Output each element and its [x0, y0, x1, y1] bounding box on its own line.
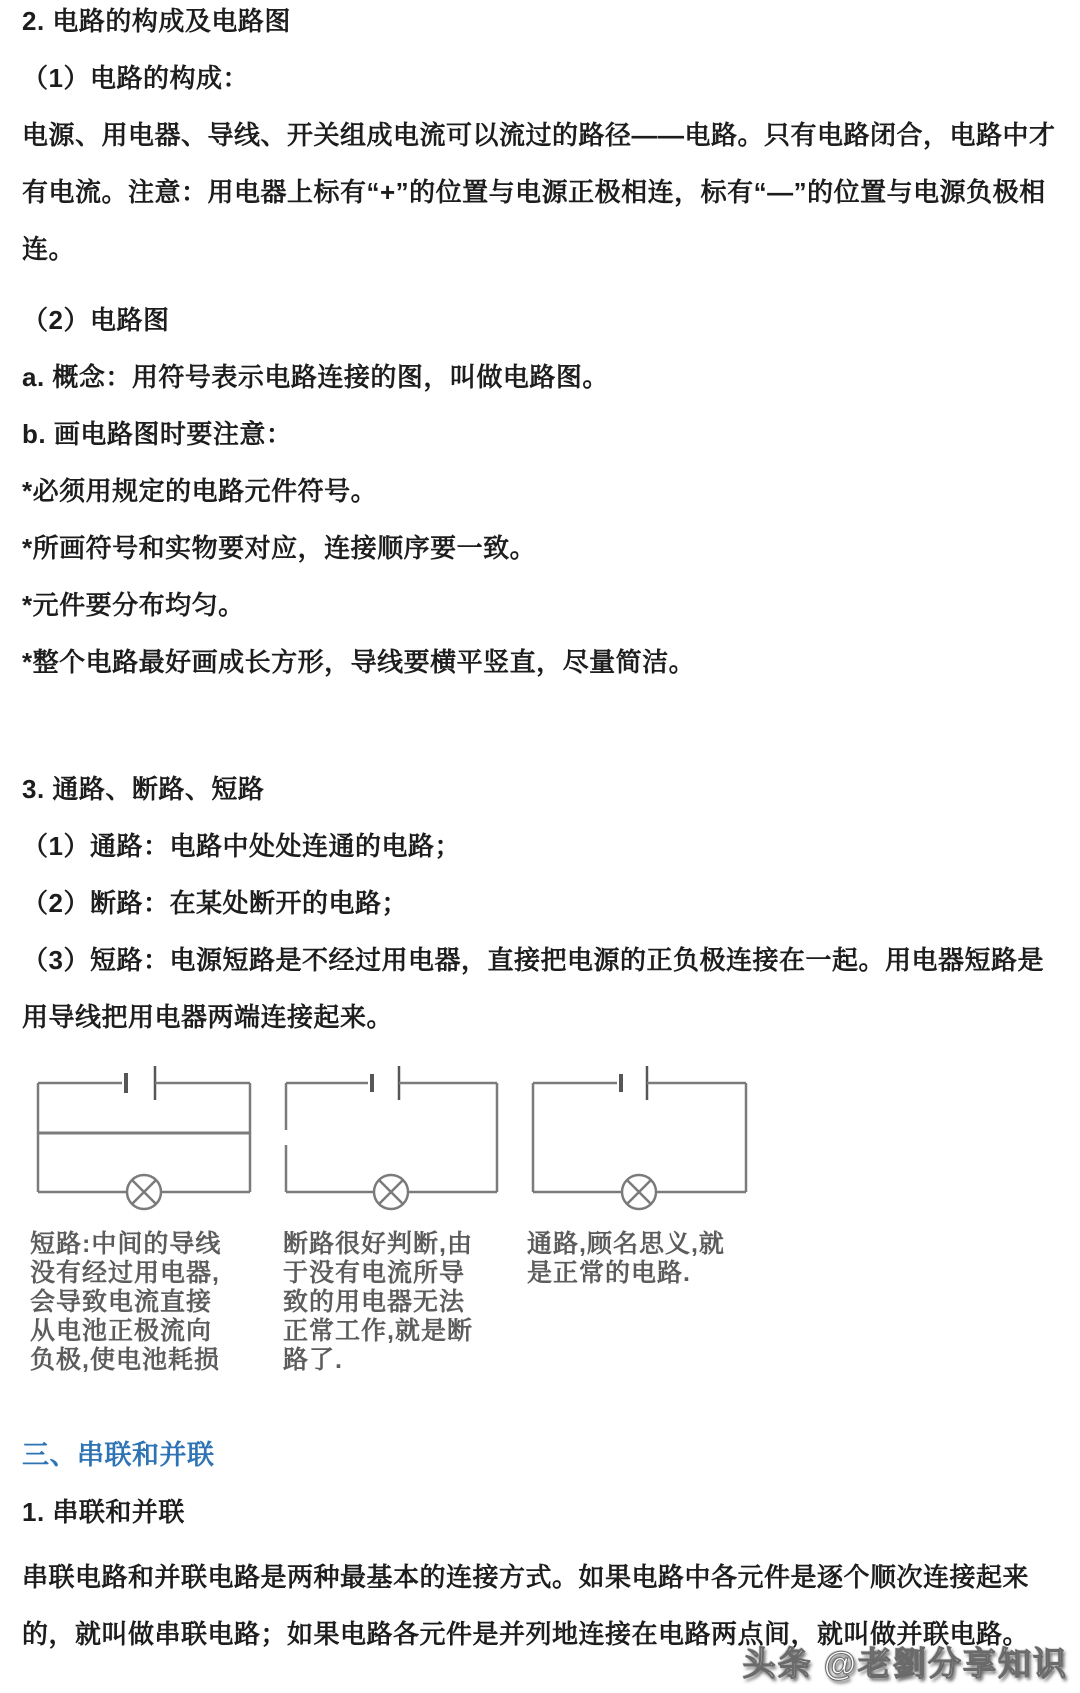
sec2-note-item: *整个电路最好画成长方形，导线要横平竖直，尽量简洁。: [22, 634, 1068, 691]
circuit-diagrams: 短路:中间的导线 没有经过用电器, 会导致电流直接 从电池正极流向 负极,使电池…: [0, 1050, 1080, 1390]
sec2-note-item: *元件要分布均匀。: [22, 577, 1068, 634]
series-parallel-section: 三、串联和并联 1. 串联和并联 串联电路和并联电路是两种最基本的连接方式。如果…: [22, 1427, 1068, 1663]
sec3-item-duanlu: （2）断路：在某处断开的电路；: [22, 875, 1068, 932]
document-page: { "document": { "colors": { "text": "#1d…: [0, 0, 1080, 1693]
caption-short-circuit: 短路:中间的导线 没有经过用电器, 会导致电流直接 从电池正极流向 负极,使电池…: [30, 1230, 265, 1375]
sec3-item-tonglu: （1）通路：电路中处处连通的电路；: [22, 818, 1068, 875]
sec3-title: 3. 通路、断路、短路: [22, 761, 1068, 818]
toutiao-watermark: 头条 @老劉分享知识: [743, 1638, 1068, 1685]
sec2-part1-title: （1）电路的构成：: [22, 50, 1068, 107]
sec2-part2-title: （2）电路图: [22, 292, 1068, 349]
open-circuit-diagram: [286, 1066, 497, 1209]
sec3-item-duanlu-short: （3）短路：电源短路是不经过用电器，直接把电源的正负极连接在一起。用电器短路是用…: [22, 932, 1068, 1046]
sec2-part1-body: 电源、用电器、导线、开关组成电流可以流过的路径——电路。只有电路闭合，电路中才有…: [22, 107, 1068, 278]
sec2-note-item: *所画符号和实物要对应，连接顺序要一致。: [22, 520, 1068, 577]
sec2-part2-concept: a. 概念：用符号表示电路连接的图，叫做电路图。: [22, 349, 1068, 406]
sec2-part2-notes-title: b. 画电路图时要注意：: [22, 406, 1068, 463]
series-section-title: 三、串联和并联: [22, 1427, 1068, 1484]
short-circuit-diagram: [38, 1066, 250, 1209]
notes-body: 2. 电路的构成及电路图 （1）电路的构成： 电源、用电器、导线、开关组成电流可…: [22, 0, 1068, 1046]
caption-closed-circuit: 通路,顾名思义,就 是正常的电路.: [527, 1230, 772, 1288]
sec2-note-item: *必须用规定的电路元件符号。: [22, 463, 1068, 520]
closed-circuit-diagram: [533, 1066, 746, 1209]
sec2-title: 2. 电路的构成及电路图: [22, 0, 1068, 50]
caption-open-circuit: 断路很好判断,由 于没有电流所导 致的用电器无法 正常工作,就是断 路了.: [283, 1230, 508, 1375]
series-sub-title: 1. 串联和并联: [22, 1484, 1068, 1541]
